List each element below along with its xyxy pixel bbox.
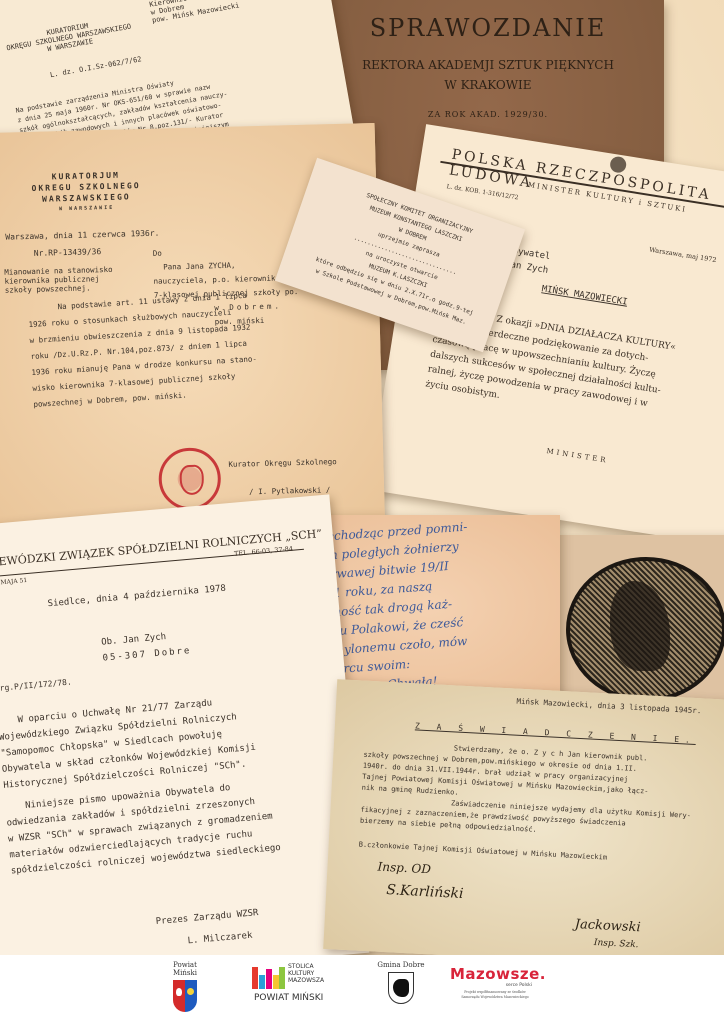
ministry-signature: MINISTER (546, 447, 609, 465)
stolica-kultury-mark-icon (252, 963, 284, 989)
poster-collage: SPRAWOZDANIE REKTORA AKADEMJI SZTUK PIĘK… (0, 0, 724, 1024)
doc1-ref: L. dz. O.I.Sz-062/7/62 (49, 55, 142, 79)
zasw-title: Z A Ś W I A D C Z E N I E. (415, 721, 696, 745)
zasw-handwriting-2: S.Karliński (386, 882, 464, 902)
stolica-kultury-text: STOLICA KULTURY MAZOWSZA (288, 963, 324, 984)
cover-line-2: W KRAKOWIE (312, 78, 664, 92)
doc3-body: Na podstawie art. 11 ustawy z dnia 1 lip… (27, 287, 259, 413)
wzsr-signature: Prezes Zarządu WZSR L. Milczarek (155, 902, 261, 955)
logo-caption: Gmina Dobre (375, 961, 427, 969)
wzsr-body: W oparciu o Uchwałę Nr 21/77 Zarządu Woj… (0, 690, 281, 879)
zasw-date: Mińsk Mazowiecki, dnia 3 listopada 1945r… (516, 697, 701, 716)
zasw-handwriting-1: Insp. OD (377, 860, 431, 877)
red-seal-stamp-icon (158, 447, 222, 511)
document-zaswiadczenie-1945: Mińsk Mazowiecki, dnia 3 listopada 1945r… (323, 679, 724, 971)
wzsr-recipient: Ob. Jan Zych 05-307 Dobre (101, 627, 192, 667)
doc3-subject: Mianowanie na stanowisko kierownika publ… (4, 265, 113, 295)
mazowsze-note: Projekt współfinansowany ze środków Samo… (450, 990, 540, 1000)
doc3-header: KURATORJUM OKREGU SZKOLNEGO WARSZAWSKIEG… (16, 169, 157, 217)
doc1-recipient: Kierownictwo Szkoły w Dobrem pow. Mińsk … (149, 0, 240, 25)
sponsor-footer: Powiat Miński STOLICA KULTURY MAZOWSZA P… (0, 955, 724, 1024)
coat-of-arms-powiat-icon (173, 980, 197, 1012)
ministry-city: MIŃSK MAZOWIECKI (541, 284, 628, 307)
portrait-medal-icon (566, 557, 724, 700)
ministry-date: Warszawa, maj 1972 (649, 246, 717, 265)
logo-powiat-minski: Powiat Miński (160, 961, 210, 1012)
mazowsze-tagline: serce Polski (450, 983, 540, 988)
zasw-body: Stwierdzamy, że o. Z y c h Jan kierownik… (360, 739, 694, 844)
mazowsze-brand: Mazowsze. (450, 965, 540, 983)
medallion-card (556, 535, 724, 700)
wzsr-ref: Org.P/II/172/78. (0, 677, 72, 693)
logo-gmina-dobre: Gmina Dobre (375, 961, 427, 1004)
document-wzsr-siedlce-1978: WOJEWÓDZKI ZWIĄZEK SPÓŁDZIELNI ROLNICZYC… (0, 494, 369, 985)
wzsr-date: Siedlce, dnia 4 października 1978 (47, 584, 226, 610)
zasw-members: B.członkowie Tajnej Komisji Oświatowej w… (359, 841, 608, 862)
cover-line-3: ZA ROK AKAD. 1929/30. (312, 110, 664, 119)
doc1-header: KURATORIUM OKRĘGU SZKOLNEGO WARSZAWSKIEG… (3, 14, 135, 60)
doc3-date: Warszawa, dnia 11 czerwca 1936r. (5, 229, 159, 242)
wzsr-address: ul. 3-go MAJA 51 (0, 577, 27, 588)
powiat-minski-label: POWIAT MIŃSKI (254, 993, 323, 1003)
logo-caption: Powiat Miński (160, 961, 210, 977)
coat-of-arms-boar-icon (388, 972, 414, 1004)
doc3-number: Nr.RP-13439/36 (34, 247, 102, 258)
logo-mazowsze: Mazowsze. serce Polski Projekt współfina… (450, 965, 540, 1000)
cover-title: SPRAWOZDANIE (312, 14, 664, 42)
zasw-handwriting-4: Insp. Szk. (594, 938, 639, 950)
zasw-handwriting-3: Jackowski (574, 917, 640, 935)
cover-line-1: REKTORA AKADEMJI SZTUK PIĘKNYCH (312, 58, 664, 72)
document-ministry-letter-1972: POLSKA RZECZPOSPOLITA LUDOWA MINISTER KU… (368, 124, 724, 546)
doc3-signature: Kurator Okręgu Szkolnego / I. Pytlakowsk… (228, 454, 337, 501)
